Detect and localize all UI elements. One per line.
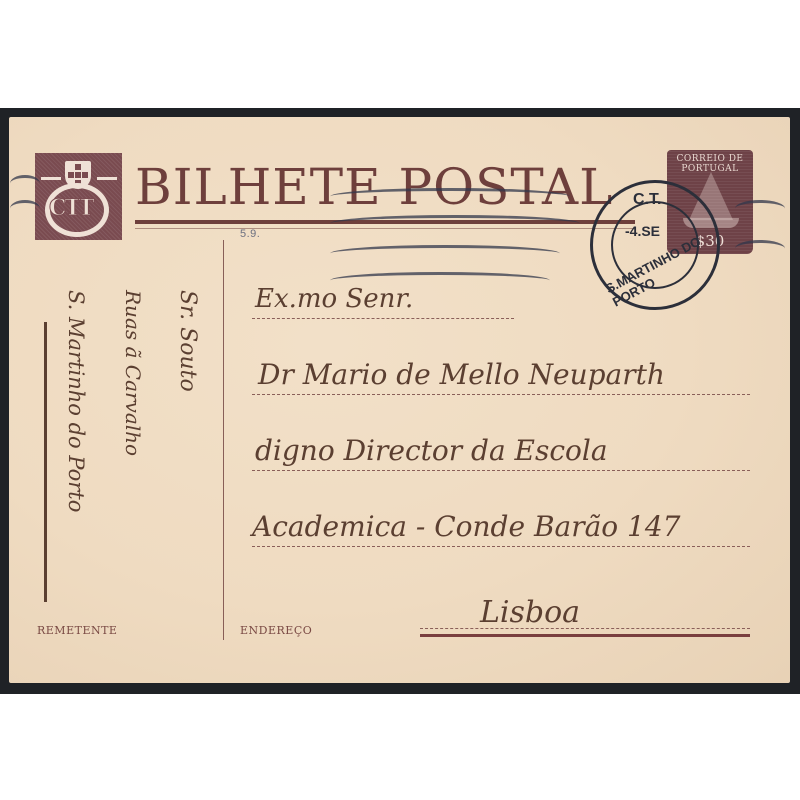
address-label: ENDEREÇO [240,624,312,637]
cancel-wave [735,200,785,217]
address-guide-line [420,628,750,629]
address-name: Dr Mario de Mello Neuparth [258,358,665,391]
ctt-emblem-icon: CTT [35,153,122,240]
cancel-wave [10,200,40,217]
sender-label: REMETENTE [37,624,117,637]
cancel-wave [735,240,785,257]
address-guide-line [252,470,750,471]
address-city: Lisboa [480,595,580,630]
postmark-date: -4.SE [625,223,660,239]
address-guide-line [252,394,750,395]
sender-underline [44,322,47,602]
address-guide-line [252,318,514,319]
cancel-wave [330,245,560,262]
machine-cancel-date: 5.9. [240,228,260,240]
address-guide-line [252,546,750,547]
section-divider [223,240,224,640]
address-title: digno Director da Escola [255,434,608,467]
stamp-country: CORREIO DE PORTUGAL [667,154,753,174]
cancel-wave [330,215,580,232]
address-salutation: Ex.mo Senr. [255,284,413,314]
ctt-letters: CTT [49,195,92,221]
lightning-bolt-icon [97,177,117,180]
cancel-wave [10,175,40,192]
cancel-wave [330,188,570,205]
lightning-bolt-icon [41,177,61,180]
sender-line-1: Sr. Souto [175,290,200,392]
sender-line-2: Ruas ã Carvalho [121,290,145,456]
circular-postmark: C.T. -4.SE S.MARTINHO DO PORTO [590,180,720,310]
sender-line-3: S. Martinho do Porto [64,290,88,512]
address-street: Academica - Conde Barão 147 [252,510,681,543]
address-baseline [420,634,750,637]
card-title: BILHETE POSTAL [135,162,613,212]
